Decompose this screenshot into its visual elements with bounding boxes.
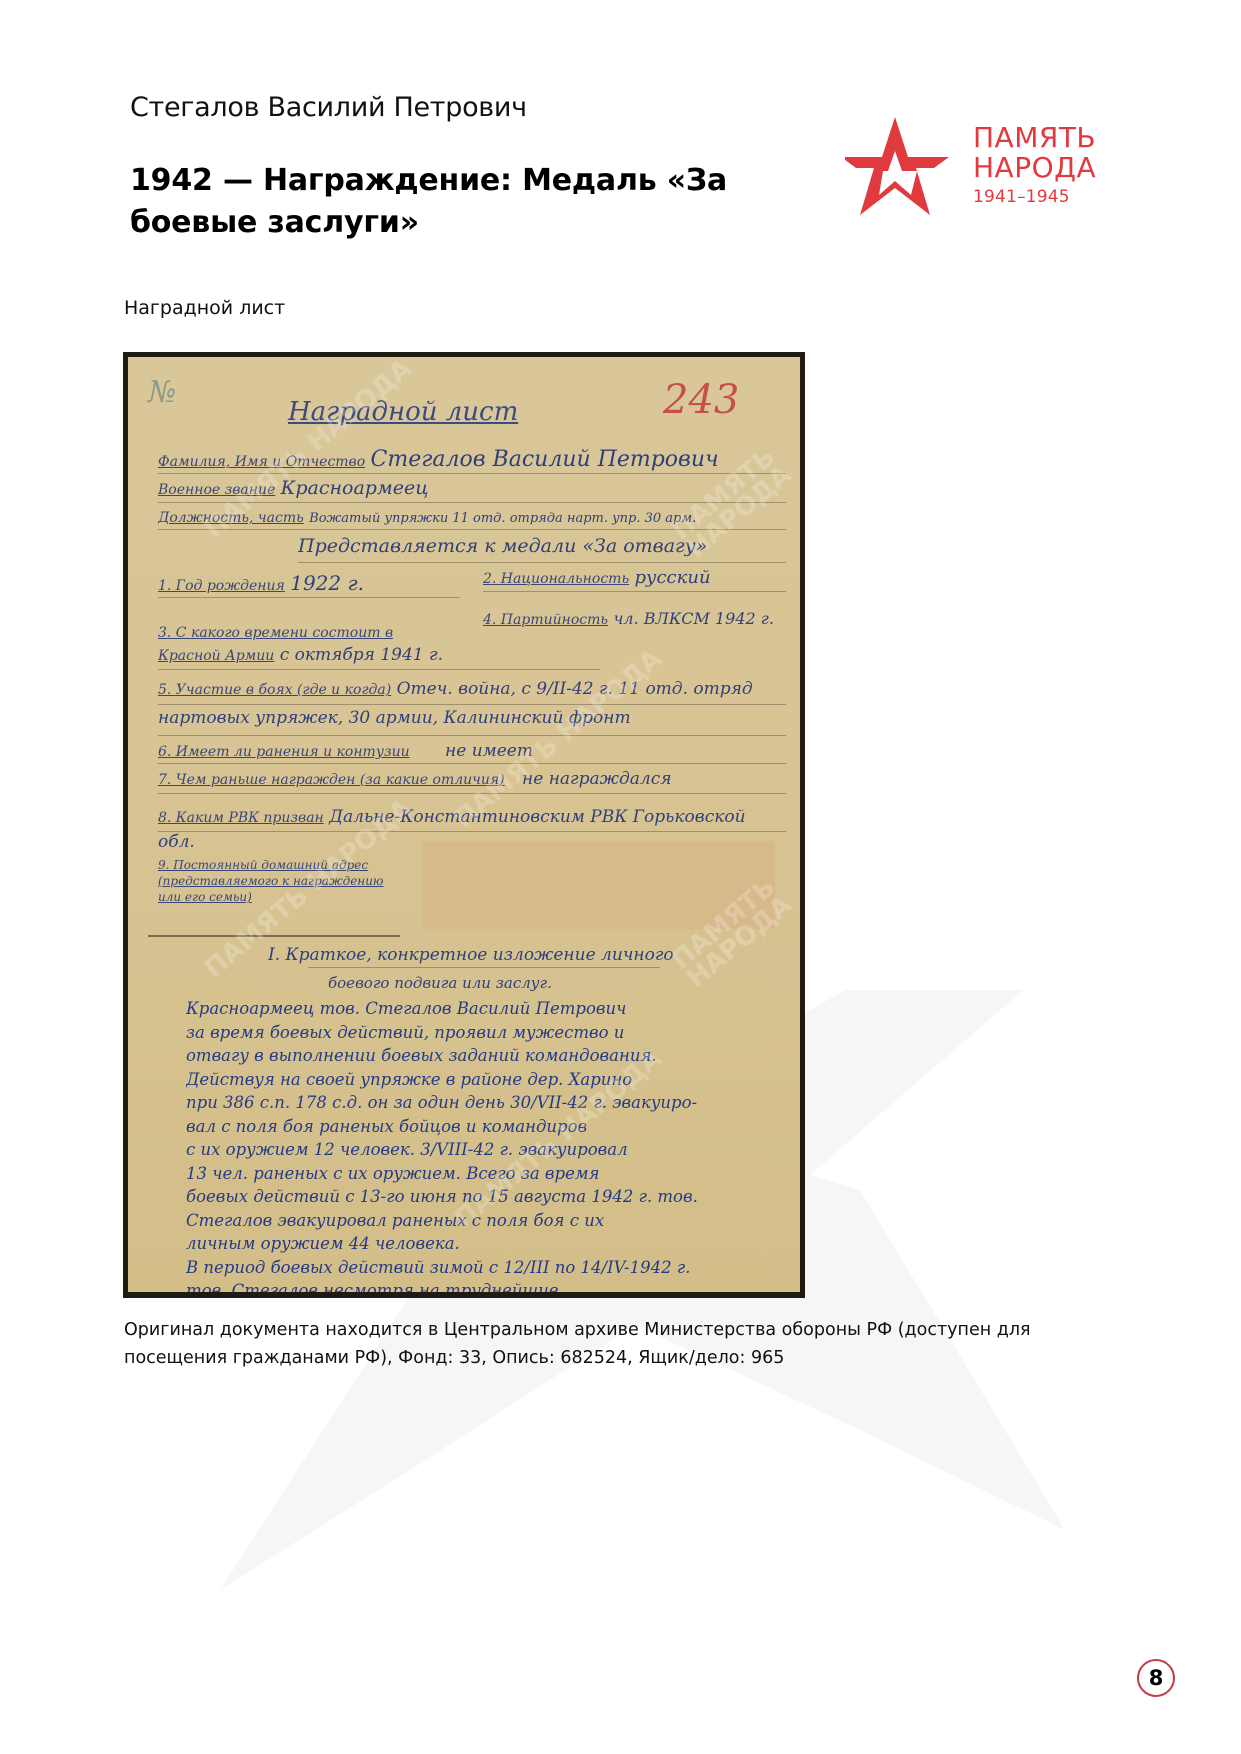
award-sheet-paper: № 243 Наградной лист Фамилия, Имя и Отче… (128, 357, 800, 1292)
rule (483, 591, 786, 592)
logo-text: ПАМЯТЬ НАРОДА 1941–1945 (973, 123, 1096, 209)
section-label: Наградной лист (124, 297, 285, 319)
field-row: 2. Национальность русский (483, 567, 786, 588)
rule (158, 831, 786, 832)
rule (158, 763, 786, 764)
rule (308, 967, 660, 968)
rule (158, 669, 600, 670)
field-row: 1. Год рождения 1922 г. (158, 571, 450, 595)
logo-line-2: НАРОДА (973, 153, 1096, 183)
rule (158, 704, 786, 705)
archive-caption: Оригинал документа находится в Центральн… (124, 1316, 1114, 1372)
field-row: 7. Чем раньше награжден (за какие отличи… (158, 769, 786, 789)
person-name: Стегалов Василий Петрович (130, 92, 527, 123)
pamyat-naroda-logo[interactable]: ПАМЯТЬ НАРОДА 1941–1945 (845, 115, 1135, 220)
rule (158, 473, 786, 474)
rule (298, 562, 786, 563)
field-row: 6. Имеет ли ранения и контузии не имеет (158, 741, 786, 761)
logo-years: 1941–1945 (973, 185, 1096, 209)
corner-mark: № (148, 375, 176, 410)
logo-line-1: ПАМЯТЬ (973, 123, 1096, 153)
story-text: Красноармеец тов. Стегалов Василий Петро… (186, 997, 786, 1292)
rule (158, 597, 460, 598)
field-row: 3. С какого времени состоит в Красной Ар… (158, 621, 450, 669)
award-sheet-scan: № 243 Наградной лист Фамилия, Имя и Отче… (123, 352, 805, 1298)
rule (158, 735, 786, 736)
page-number: 8 (1137, 1659, 1175, 1697)
red-star-icon (845, 115, 950, 220)
award-title: 1942 — Награждение: Медаль «За боевые за… (130, 160, 830, 244)
field-row: 5. Участие в боях (где и когда) Отеч. во… (158, 675, 786, 735)
field-row: 4. Партийность чл. ВЛКСМ 1942 г. (483, 609, 786, 629)
archive-number: 243 (663, 377, 739, 423)
field-row: Фамилия, Имя и Отчество Стегалов Василий… (158, 447, 786, 472)
